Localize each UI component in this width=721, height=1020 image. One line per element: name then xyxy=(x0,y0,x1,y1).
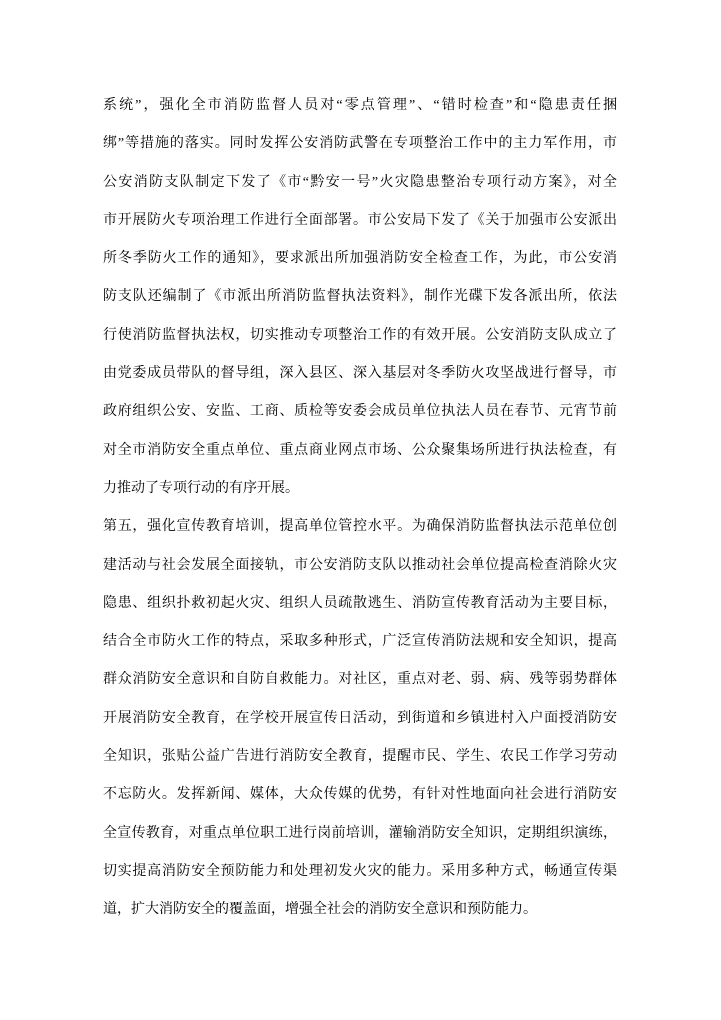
text-line: 所冬季防火工作的通知》，要求派出所加强消防安全检查工作，为此，市公安消 xyxy=(103,240,617,278)
text-line: 全宣传教育，对重点单位职工进行岗前培训，灌输消防安全知识，定期组织演练， xyxy=(103,815,617,853)
document-body-text: 系统”，强化全市消防监督人员对“零点管理”、“错时检查”和“隐患责任捆 绑”等措… xyxy=(103,87,617,930)
text-line: 系统”，强化全市消防监督人员对“零点管理”、“错时检查”和“隐患责任捆 xyxy=(103,87,617,125)
text-line-paragraph-end: 道，扩大消防安全的覆盖面，增强全社会的消防安全意识和预防能力。 xyxy=(103,891,617,929)
text-line: 结合全市防火工作的特点，采取多种形式，广泛宣传消防法规和安全知识，提高 xyxy=(103,623,617,661)
text-line: 第五，强化宣传教育培训，提高单位管控水平。为确保消防监督执法示范单位创 xyxy=(103,508,617,546)
text-line: 政府组织公安、安监、工商、质检等安委会成员单位执法人员在春节、元宵节前 xyxy=(103,393,617,431)
text-line: 隐患、组织扑救初起火灾、组织人员疏散逃生、消防宣传教育活动为主要目标， xyxy=(103,585,617,623)
text-line: 切实提高消防安全预防能力和处理初发火灾的能力。采用多种方式，畅通宣传渠 xyxy=(103,853,617,891)
text-line: 群众消防安全意识和自防自救能力。对社区，重点对老、弱、病、残等弱势群体 xyxy=(103,661,617,699)
text-line: 不忘防火。发挥新闻、媒体，大众传媒的优势，有针对性地面向社会进行消防安 xyxy=(103,776,617,814)
text-line: 建活动与社会发展全面接轨，市公安消防支队以推动社会单位提高检查消除火灾 xyxy=(103,547,617,585)
text-line-paragraph-end: 力推动了专项行动的有序开展。 xyxy=(103,470,617,508)
paragraph-continuation: 系统”，强化全市消防监督人员对“零点管理”、“错时检查”和“隐患责任捆 绑”等措… xyxy=(103,87,617,508)
text-line: 绑”等措施的落实。同时发挥公安消防武警在专项整治工作中的主力军作用，市 xyxy=(103,125,617,163)
text-line: 公安消防支队制定下发了《市“黔安一号”火灾隐患整治专项行动方案》，对全 xyxy=(103,164,617,202)
paragraph-five: 第五，强化宣传教育培训，提高单位管控水平。为确保消防监督执法示范单位创 建活动与… xyxy=(103,508,617,929)
text-line: 由党委成员带队的督导组，深入县区、深入基层对冬季防火攻坚战进行督导，市 xyxy=(103,355,617,393)
text-line: 防支队还编制了《市派出所消防监督执法资料》，制作光碟下发各派出所，依法 xyxy=(103,278,617,316)
document-page: 系统”，强化全市消防监督人员对“零点管理”、“错时检查”和“隐患责任捆 绑”等措… xyxy=(0,0,721,1020)
text-line: 对全市消防安全重点单位、重点商业网点市场、公众聚集场所进行执法检查，有 xyxy=(103,432,617,470)
text-line: 开展消防安全教育，在学校开展宣传日活动，到街道和乡镇进村入户面授消防安 xyxy=(103,700,617,738)
text-line: 全知识，张贴公益广告进行消防安全教育，提醒市民、学生、农民工作学习劳动 xyxy=(103,738,617,776)
text-line: 行使消防监督执法权，切实推动专项整治工作的有效开展。公安消防支队成立了 xyxy=(103,317,617,355)
text-line: 市开展防火专项治理工作进行全面部署。市公安局下发了《关于加强市公安派出 xyxy=(103,202,617,240)
